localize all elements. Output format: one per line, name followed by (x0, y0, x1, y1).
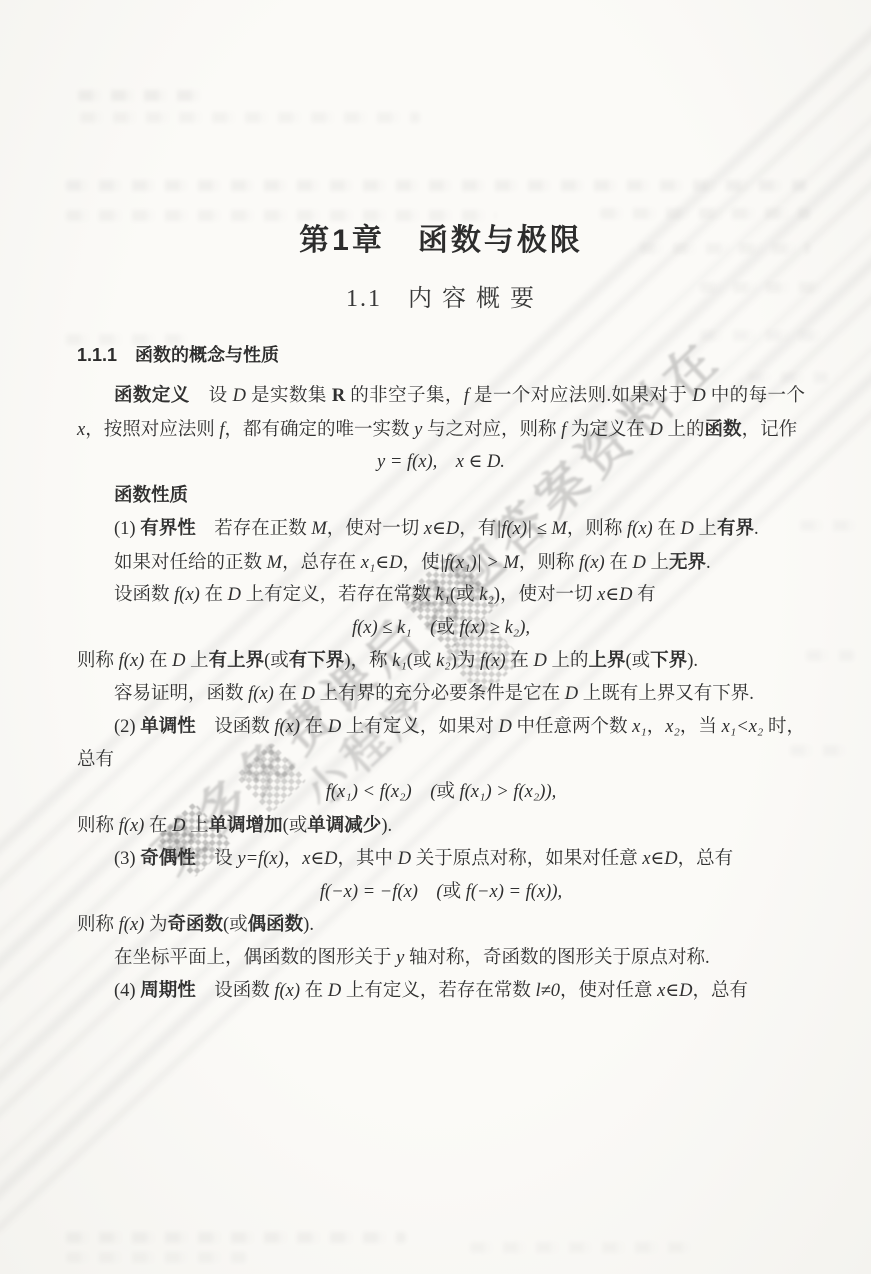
text-segment: 有 (632, 585, 655, 605)
text-segment: k₁ (435, 585, 450, 605)
text-segment: 或 (443, 882, 462, 902)
text-segment: f(−x) = f(x)), (461, 882, 562, 902)
text-segment: )为 (451, 651, 480, 671)
text-segment: (或 (407, 651, 436, 671)
text-segment: D (328, 717, 341, 737)
text-segment: 上 (185, 651, 208, 671)
text-segment: ∈ (651, 849, 665, 869)
text-segment: D (619, 585, 632, 605)
text-segment: 有上界 (209, 649, 265, 670)
text-segment: f(x) (627, 519, 653, 539)
text-segment: 中任意两个数 (512, 717, 632, 737)
bleed-smudge (800, 520, 855, 531)
paragraph: 函数定义 设 D 是实数集 R 的非空子集，f 是一个对应法则.如果对于 D 中… (77, 379, 805, 446)
paragraph: 则称 f(x) 在 D 上单调增加(或单调减少). (77, 809, 805, 843)
chapter-title: 第1章 函数与极限 (77, 220, 805, 262)
bleed-smudge (80, 112, 420, 123)
text-segment: ). (687, 651, 698, 671)
text-segment: 或 (436, 782, 455, 802)
text-segment: 奇函数 (167, 913, 223, 934)
text-segment: f(−x) = −f(x) ( (320, 882, 443, 902)
text-segment: 上界 (588, 649, 625, 670)
text-segment: x₂ (665, 717, 680, 737)
text-segment: 则称 (77, 816, 119, 836)
text-segment: 在 (200, 585, 228, 605)
text-segment: 设函数 (196, 717, 275, 737)
text-segment: D (228, 585, 241, 605)
text-segment: 设 (196, 849, 238, 869)
text-segment: ). (303, 915, 314, 935)
text-segment: 在 (605, 553, 633, 573)
text-segment: D (692, 386, 705, 406)
text-segment: D (533, 651, 546, 671)
text-segment: f(x) (248, 684, 274, 704)
bleed-smudge (66, 180, 806, 191)
bleed-smudge (470, 1242, 690, 1253)
text-segment: 中的每一个 (706, 386, 805, 406)
text-segment: (或 (223, 915, 248, 935)
text-segment: 上既有上界又有下界. (578, 684, 754, 704)
text-segment: (或 (264, 651, 289, 671)
text-segment: 单调增加 (209, 814, 283, 835)
text-segment: )，称 (344, 651, 392, 671)
formula: f(x₁) < f(x₂) (或 f(x₁) > f(x₂)), (77, 776, 805, 809)
bleed-smudge (66, 1232, 406, 1243)
text-segment: ，都有确定的唯一实数 (225, 420, 415, 440)
text-segment: f(x) (119, 651, 145, 671)
text-segment: 函数性质 (114, 484, 188, 505)
text-segment: 在 (144, 816, 172, 836)
text-segment: D (389, 553, 402, 573)
text-segment: 在 (144, 651, 172, 671)
text-segment: f(x) (119, 915, 145, 935)
text-segment: 设函数 (114, 585, 174, 605)
text-segment: f(x) (274, 981, 300, 1001)
text-segment: ，记作 (742, 420, 798, 440)
text-segment: . (706, 553, 711, 573)
text-segment: 若存在正数 (196, 519, 312, 539)
text-segment: 与之对应，则称 (422, 420, 561, 440)
text-segment: M (311, 519, 326, 539)
text-segment: ，当 (680, 717, 722, 737)
text-segment: . (754, 519, 759, 539)
text-segment: 的非空子集， (345, 386, 464, 406)
bleed-smudge (78, 90, 208, 101)
paragraph: (1) 有界性 若存在正数 M，使对一切 x∈D，有|f(x)| ≤ M，则称 … (77, 512, 805, 546)
text-segment: f(x) ≥ k₂), (455, 618, 530, 638)
paragraph: 容易证明，函数 f(x) 在 D 上有界的充分必要条件是它在 D 上既有上界又有… (77, 678, 805, 711)
text-segment: f(x) (274, 717, 300, 737)
text-segment: D (324, 849, 337, 869)
text-segment: (或 (626, 651, 651, 671)
text-segment: f(x) (119, 816, 145, 836)
paragraph: 则称 f(x) 在 D 上有上界(或有下界)，称 k₁(或 k₂)为 f(x) … (77, 644, 805, 678)
text-segment: 上的 (663, 420, 705, 440)
text-segment: 关于原点对称，如果对任意 (411, 849, 642, 869)
text-segment: |f(x₁)| > M (439, 553, 518, 573)
text-segment: 设函数 (196, 981, 275, 1001)
subsection-title: 1.1.1 函数的概念与性质 (77, 342, 805, 368)
text-segment: 或 (436, 618, 455, 638)
text-segment: 函数 (705, 418, 742, 439)
text-segment: ，使对一切 (327, 519, 424, 539)
text-segment: (3) (114, 849, 140, 869)
paragraph: (4) 周期性 设函数 f(x) 在 D 上有定义，若存在常数 l≠0，使对任意… (77, 974, 805, 1008)
text-segment: k₂ (479, 585, 494, 605)
paragraph: 如果对任给的正数 M，总存在 x₁∈D，使|f(x₁)| > M，则称 f(x)… (77, 546, 805, 580)
text-segment: 是一个对应法则.如果对于 (469, 386, 692, 406)
text-segment: 有界 (717, 517, 754, 538)
paragraph: 函数性质 (77, 479, 805, 513)
text-segment: R (332, 386, 345, 406)
paragraph: (2) 单调性 设函数 f(x) 在 D 上有定义，如果对 D 中任意两个数 x… (77, 710, 805, 776)
text-segment: D (498, 717, 511, 737)
paragraph: 设函数 f(x) 在 D 上有定义，若存在常数 k₁(或 k₂)，使对一切 x∈… (77, 579, 805, 612)
text-segment: D (172, 816, 185, 836)
formula: y = f(x), x ∈ D. (77, 446, 805, 479)
text-segment: f(x) (174, 585, 200, 605)
body-text: 函数定义 设 D 是实数集 R 的非空子集，f 是一个对应法则.如果对于 D 中… (77, 379, 805, 1008)
text-segment: 有界性 (140, 517, 196, 538)
text-segment: 上 (646, 553, 669, 573)
text-segment: D (446, 519, 459, 539)
text-segment: 在 (300, 717, 328, 737)
text-segment: (4) (114, 981, 140, 1001)
text-segment: f(x) ≤ k₁ ( (352, 618, 436, 638)
text-segment: (或 (450, 585, 479, 605)
text-segment: ，则称 (567, 519, 627, 539)
text-segment: 奇偶性 (140, 847, 196, 868)
text-segment: x (642, 849, 650, 869)
text-segment: 单调减少 (307, 814, 381, 835)
paragraph: 在坐标平面上，偶函数的图形关于 y 轴对称，奇函数的图形关于原点对称. (77, 942, 805, 975)
text-segment: 上的 (547, 651, 589, 671)
text-segment: x₁ (361, 553, 376, 573)
formula: f(−x) = −f(x) (或 f(−x) = f(x)), (77, 876, 805, 909)
text-segment: 上 (185, 816, 208, 836)
text-segment: k₁ (392, 651, 407, 671)
text-segment: (1) (114, 519, 140, 539)
bleed-smudge (66, 1252, 246, 1263)
bleed-smudge (806, 650, 854, 661)
text-segment: f(x) (579, 553, 605, 573)
text-segment: ， (284, 849, 303, 869)
text-segment: 函数定义 (114, 384, 190, 405)
text-segment: 单调性 (140, 715, 196, 736)
text-segment: 上有定义，如果对 (341, 717, 498, 737)
page-content: 第1章 函数与极限 1.1 内 容 概 要 1.1.1 函数的概念与性质 函数定… (77, 220, 805, 1008)
text-segment: 如果对任给的正数 (114, 553, 267, 573)
text-segment: ). (381, 816, 392, 836)
text-segment: 上 (694, 519, 717, 539)
text-segment: 周期性 (140, 979, 196, 1000)
text-segment: ，总有 (678, 849, 734, 869)
text-segment: 下界 (650, 649, 687, 670)
text-segment: 无界 (669, 551, 706, 572)
text-segment: D (302, 684, 315, 704)
paragraph: (3) 奇偶性 设 y=f(x)，x∈D，其中 D 关于原点对称，如果对任意 x… (77, 842, 805, 876)
text-segment: 在 (300, 981, 328, 1001)
scanned-textbook-page: 更多免费课后习题答案资料在 小程序 第1章 函数与极限 1.1 内 容 概 要 … (0, 0, 871, 1274)
text-segment: y = f(x), x ∈ D. (377, 452, 505, 472)
text-segment: D (650, 420, 663, 440)
text-segment: k₂ (436, 651, 451, 671)
text-segment: y=f(x) (237, 849, 283, 869)
text-segment: 在坐标平面上，偶函数的图形关于 (114, 948, 396, 968)
text-segment: 则称 (77, 651, 119, 671)
text-segment: ，使对任意 (560, 981, 657, 1001)
text-segment: 设 (190, 386, 233, 406)
text-segment: ，按照对应法则 (85, 420, 219, 440)
text-segment: 上有界的充分必要条件是它在 (315, 684, 565, 704)
text-segment: ∈ (605, 585, 619, 605)
text-segment: ∈ (665, 981, 679, 1001)
section-title: 1.1 内 容 概 要 (77, 282, 805, 316)
text-segment: 则称 (77, 915, 119, 935)
text-segment: 为 (144, 915, 167, 935)
text-segment: ，其中 (338, 849, 398, 869)
text-segment: 在 (506, 651, 534, 671)
text-segment: D (328, 981, 341, 1001)
text-segment: D (565, 684, 578, 704)
text-segment: ∈ (375, 553, 389, 573)
text-segment: x (424, 519, 432, 539)
text-segment: )，使对一切 (494, 585, 597, 605)
text-segment: 上有定义，若存在常数 (341, 981, 535, 1001)
text-segment: x₁ (632, 717, 647, 737)
text-segment: D (233, 386, 246, 406)
text-segment: l≠0 (535, 981, 560, 1001)
text-segment: ∈ (310, 849, 324, 869)
text-segment: ∈ (432, 519, 446, 539)
formula: f(x) ≤ k₁ (或 f(x) ≥ k₂), (77, 612, 805, 645)
text-segment: D (681, 519, 694, 539)
text-segment: 轴对称，奇函数的图形关于原点对称. (404, 948, 709, 968)
text-segment: 有下界 (289, 649, 345, 670)
text-segment: ，使 (402, 553, 439, 573)
text-segment: ，总存在 (282, 553, 361, 573)
text-segment: |f(x)| ≤ M (496, 519, 567, 539)
text-segment: M (267, 553, 282, 573)
text-segment: D (679, 981, 692, 1001)
text-segment: D (398, 849, 411, 869)
text-segment: 是实数集 (246, 386, 332, 406)
text-segment: (2) (114, 717, 140, 737)
text-segment: 偶函数 (248, 913, 304, 934)
text-segment: ， (647, 717, 666, 737)
text-segment: f(x₁) < f(x₂) ( (326, 782, 437, 802)
text-segment: ，有 (459, 519, 496, 539)
text-segment: ，则称 (519, 553, 579, 573)
text-segment: f(x₁) > f(x₂)), (455, 782, 556, 802)
text-segment: 在 (653, 519, 681, 539)
text-segment: D (172, 651, 185, 671)
text-segment: x (77, 420, 85, 440)
text-segment: 上有定义，若存在常数 (241, 585, 435, 605)
text-segment: x₁<x₂ (722, 717, 764, 737)
text-segment: D (632, 553, 645, 573)
text-segment: D (664, 849, 677, 869)
text-segment: f(x) (480, 651, 506, 671)
text-segment: 容易证明，函数 (114, 684, 248, 704)
text-segment: (或 (283, 816, 308, 836)
text-segment: 在 (274, 684, 302, 704)
bleed-smudge (600, 208, 810, 219)
paragraph: 则称 f(x) 为奇函数(或偶函数). (77, 908, 805, 942)
text-segment: 为定义在 (566, 420, 649, 440)
text-segment: ，总有 (692, 981, 748, 1001)
